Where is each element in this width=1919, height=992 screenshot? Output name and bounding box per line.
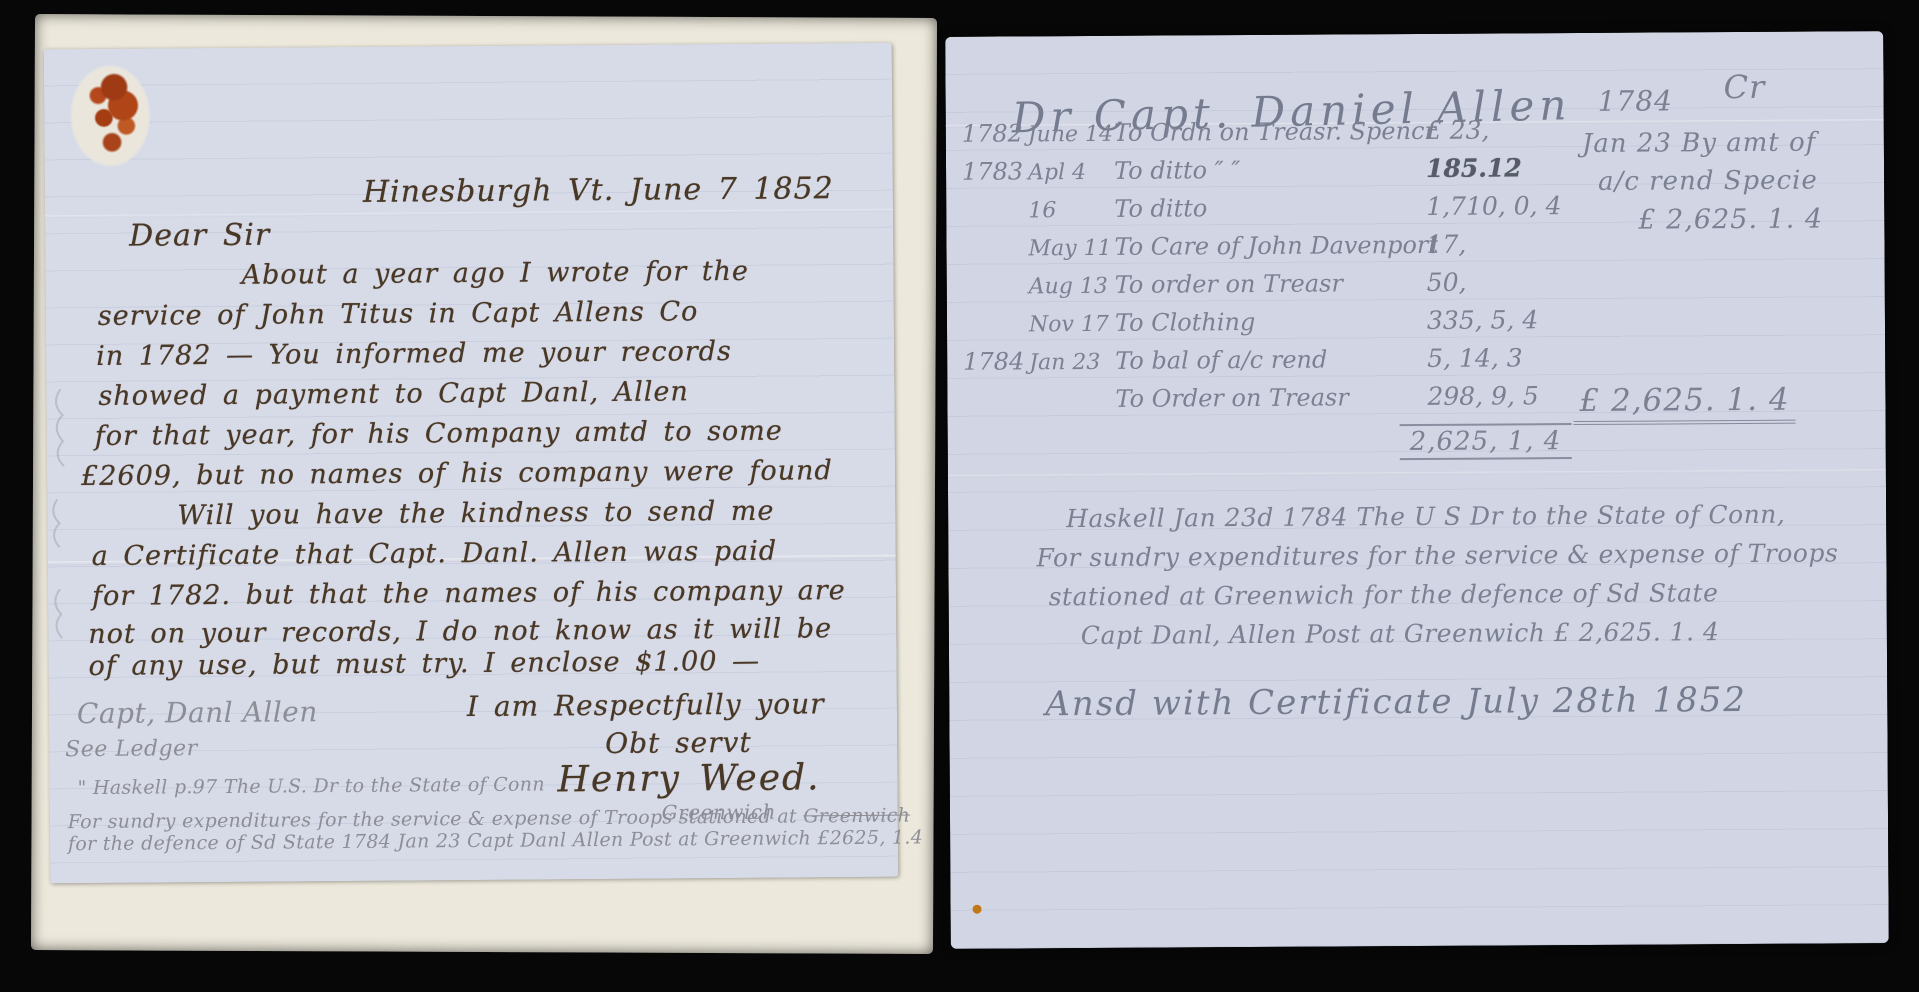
ledger-row: 16To ditto1,710, 0, 4 [962,191,1561,224]
letter-closing-line: I am Respectfully your [467,687,825,723]
ledger-desc: To ditto [1114,193,1426,223]
ledger-desc: To order on Treasr [1115,269,1427,299]
ledger-date: Aug 13 [1029,274,1115,300]
ledger-row: 1782June 14To Ordn on Treasr. Spencr£ 23… [962,116,1490,148]
ledger-year: 1784 [963,347,1029,375]
ledger-row: Nov 17To Clothing335, 5, 4 [963,305,1538,338]
footer-struck-word: Greenwich [803,805,910,828]
ledger-grand-total: £ 2,625. 1. 4 [1573,382,1795,425]
ledger-amount: 5, 14, 3 [1427,343,1523,373]
left-letter-sheet: Hinesburgh Vt. June 7 1852 Dear Sir Abou… [44,43,899,884]
ledger-amount: £ 23, [1426,116,1490,145]
letter-body-line: Will you have the kindness to send me [177,496,774,532]
pencil-footer-line: " Haskell p.97 The U.S. Dr to the State … [77,773,544,799]
letter-body-line: showed a payment to Capt Danl, Allen [98,376,689,412]
letter-dateline: Hinesburgh Vt. June 7 1852 [363,171,834,210]
memo-line: Haskell Jan 23d 1784 The U S Dr to the S… [1066,500,1785,533]
letter-body-line: a Certificate that Capt. Danl. Allen was… [92,536,778,572]
ledger-amount: 17, [1426,230,1466,259]
ledger-desc: To Clothing [1115,307,1427,337]
pencil-annotation-capt-allen: Capt, Danl Allen [77,695,318,730]
letter-body-line: for that year, for his Company amtd to s… [95,416,783,452]
margin-pencil-scribbles [42,379,84,683]
ledger-amount: 298, 9, 5 [1427,381,1539,411]
ledger-row: To Order on Treasr298, 9, 5 [963,381,1538,414]
ledger-amount: 1,710, 0, 4 [1426,191,1561,221]
pencil-annotation-see-ledger: See Ledger [65,736,198,762]
credit-line: Jan 23 By amt of [1582,128,1817,159]
ledger-amount: 50, [1427,268,1467,297]
ink-spot [973,905,982,914]
letter-body-line: £2609, but no names of his company were … [81,455,833,492]
ledger-row: May 11To Care of John Davenport17, [962,230,1466,262]
answered-note: Ansd with Certificate July 28th 1852 [1045,680,1747,724]
ledger-year: 1782 [962,119,1028,147]
ledger-date: Apl 4 [1028,160,1114,186]
credit-label: Cr [1723,68,1765,106]
ledger-row: 1783Apl 4To ditto ″ ″185.12 [962,153,1522,185]
ledger-amount: 185.12 [1426,153,1522,183]
ledger-date: Jan 23 [1029,350,1115,376]
letter-body-line: in 1782 — You informed me your records [96,336,732,372]
ledger-date: 16 [1028,198,1114,224]
ledger-date: Nov 17 [1029,312,1115,338]
memo-line: Capt Danl, Allen Post at Greenwich £ 2,6… [1081,617,1720,650]
credit-line: a/c rend Specie [1598,166,1818,197]
letter-body-line: for 1782. but that the names of his comp… [92,575,846,612]
ledger-desc: To Order on Treasr [1115,383,1427,413]
ledger-date [1029,407,1115,408]
letter-body-line: not on your records, I do not know as it… [88,613,832,650]
paper-crease [45,209,893,219]
ledger-row: 1784Jan 23To bal of a/c rend5, 14, 3 [963,343,1523,375]
ledger-desc: To Ordn on Treasr. Spencr [1114,117,1426,147]
letter-salutation: Dear Sir [129,218,270,254]
memo-line: For sundry expenditures for the service … [1036,538,1838,572]
letter-closing-line: Obt servt [605,726,752,760]
ledger-desc: To ditto ″ ″ [1114,155,1426,185]
letter-body-line: About a year ago I wrote for the [241,256,749,291]
ledger-desc: To bal of a/c rend [1115,345,1427,375]
letter-body-line: service of John Titus in Capt Allens Co [98,296,699,332]
credit-amount: £ 2,625. 1. 4 [1638,204,1823,236]
ledger-year: 1783 [962,157,1028,185]
left-letter-document: Hinesburgh Vt. June 7 1852 Dear Sir Abou… [33,16,935,952]
ledger-total: 2,625, 1, 4 [1400,423,1572,460]
ledger-desc: To Care of John Davenport [1114,231,1426,261]
ledger-row: Aug 13To order on Treasr50, [963,268,1467,300]
wax-seal-stain-icon [70,65,151,168]
credit-year: 1784 [1598,84,1673,117]
ledger-date: June 14 [1028,122,1114,148]
memo-line: stationed at Greenwich for the defence o… [1049,578,1719,611]
ledger-date: May 11 [1028,236,1114,262]
letter-signature: Henry Weed. [557,757,820,800]
ledger-amount: 335, 5, 4 [1427,305,1539,335]
photo-background: Hinesburgh Vt. June 7 1852 Dear Sir Abou… [0,0,1919,992]
right-ledger-document: Dr Capt. Daniel Allen 1784 Cr Jan 23 By … [945,31,1889,949]
paper-crease [948,469,1886,478]
letter-body-line: of any use, but must try. I enclose $1.0… [88,646,760,682]
